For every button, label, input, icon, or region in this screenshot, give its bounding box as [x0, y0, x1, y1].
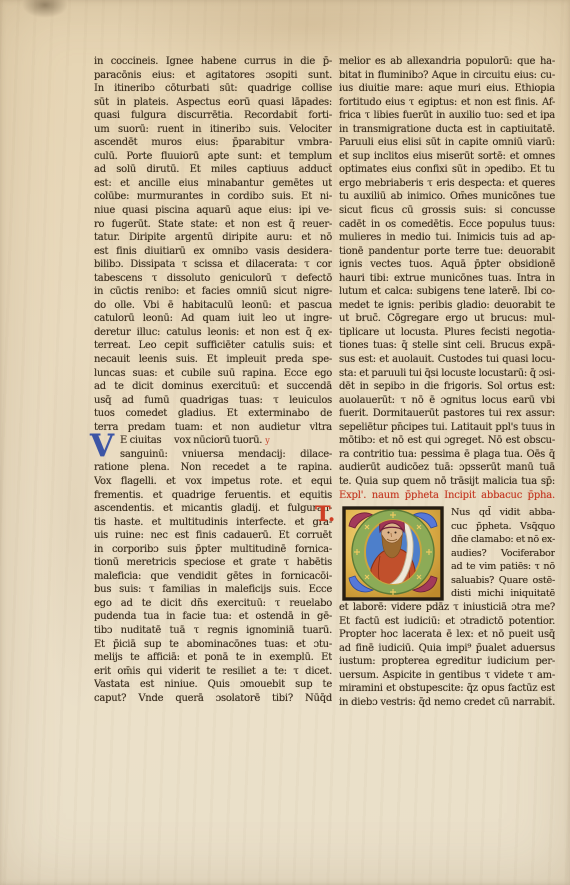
text-line: sanguinū: vniuersa mendacij: dilace-	[94, 448, 332, 462]
text-line: saluabis? Quare ostē-	[451, 574, 555, 588]
text-line: et laborē: videre pdāz τ iniusticiā ɔtra…	[339, 601, 555, 615]
text-line: pudenda tua in facie tua: et ostendā in …	[94, 610, 332, 624]
text-line: miramini et obstupescite: q̄z opus factū…	[339, 682, 555, 696]
text-line: sta: et paruuli tui q̄si locuste locusta…	[339, 367, 555, 381]
text-line: tuos comedet gladius. Et exterminabo de	[94, 407, 332, 421]
text-line: do olle. Vbi ē habitaculū leonū: et pasc…	[94, 299, 332, 313]
right-text-column: melior es ab allexandria populorū: que h…	[339, 55, 555, 709]
text-line: ratione plena. Non recedet a te rapina.	[94, 461, 332, 475]
text-line: tatur. Diripite argentū diripite auru: e…	[94, 231, 332, 245]
text-line: Et p̄iciā sup te abominacōnes tuas: et ɔ…	[94, 638, 332, 652]
text-line: Vastata est niniue. Quis ɔmouebit sup te	[94, 678, 332, 692]
left-column-lines: in coccineis. Ignee habene currus in die…	[94, 55, 332, 705]
text-line: disti michi iniquitatē	[451, 587, 555, 601]
text-line: luncas suas: et cubile suū rapina. Ecce …	[94, 367, 332, 381]
text-line: tiplicare ut locusta. Plures fecisti neg…	[339, 326, 555, 340]
text-line: audies? Vociferabor	[451, 547, 555, 561]
text-line: lutum et calca: subigens tene laterē. Ib…	[339, 285, 555, 299]
text-line: cuc p̄pheta. Vsq̄quo	[451, 520, 555, 534]
habakkuk-opening-lines: Nus qd̄ vidit abba-cuc p̄pheta. Vsq̄quod…	[444, 506, 555, 601]
text-line: ignis vectes tuos. Aquā p̄pter obsidionē	[339, 258, 555, 272]
text-line: Paruuli eius elisi sūt in capite omniū v…	[339, 136, 555, 150]
text-line: frementis. et quadrige feruentis. et equ…	[94, 489, 332, 503]
text-line: iustum: propterea egreditur iudicium per…	[339, 655, 555, 669]
text-line: tibɔ nuditatē tuā τ regnis ignominiā tua…	[94, 624, 332, 638]
text-line: tionē pandentur porte terre tue: deuorab…	[339, 245, 555, 259]
right-column-lower-lines: et laborē: videre pdāz τ iniusticiā ɔtra…	[339, 601, 555, 709]
text-line: Et factū est iudiciū: et ɔtradictō poten…	[339, 615, 555, 629]
text-line: sepeliētur pn̄cipes tui. Latitauit ppl's…	[339, 421, 555, 435]
text-line: audierūt audicōez tuā: ɔpsserūt manū tuā…	[339, 461, 555, 475]
text-line: mulieres in medio tui. Inimicis tuis ad …	[339, 231, 555, 245]
text-line: bus suis: τ familias in maleficijs suis.…	[94, 583, 332, 597]
text-line: ro fugerūt. State state: et non est q̄ r…	[94, 218, 332, 232]
text-line: tis haste. et multitudinis interfecte. e…	[94, 516, 332, 530]
text-line: terra predam tuam: et non audietur vltra	[94, 421, 332, 435]
text-line: paracōnis eius: et agitatores ɔsopiti su…	[94, 69, 332, 83]
manuscript-page: V in coccineis. Ignee habene currus in d…	[0, 0, 570, 885]
left-text-column: V in coccineis. Ignee habene currus in d…	[94, 55, 332, 705]
text-line: niue quasi piscina aquarū aque eius: ipi…	[94, 204, 332, 218]
text-line: melijs te afficiā: et ponā te in exemplū…	[94, 651, 332, 665]
rubric-explicit-nahum-incipit-habakkuk: Expl'. naum p̄pheta Incipit abbacuc p̄ph…	[339, 489, 555, 503]
margin-guide-letter: T.	[315, 503, 335, 525]
right-column-upper-lines: melior es ab allexandria populorū: que h…	[339, 55, 555, 489]
text-line: Nus qd̄ vidit abba-	[451, 506, 555, 520]
text-line: uersum. Aspicite in gentibus τ videte τ …	[339, 669, 555, 683]
text-line: medet te ignis: peribis gladio: deuorabi…	[339, 299, 555, 313]
text-line: maleficia: que vendidit gētes in fornica…	[94, 570, 332, 584]
text-line: optimates eius confixi sūt in ɔpedibɔ. E…	[339, 163, 555, 177]
text-line: tiones tuas: q̄ stelle sint celi. Brucus…	[339, 339, 555, 353]
text-line: colūbe: murmurantes in cordibɔ suis. Et …	[94, 190, 332, 204]
text-line: necauit leenis suis. Et impleuit preda s…	[94, 353, 332, 367]
text-line: ut bruc̄. Cōgregare ergo ut brucus: mul-	[339, 312, 555, 326]
text-line: est finis diuitiarū ex omnibɔ vasis desi…	[94, 245, 332, 259]
text-line: E ciuitas vox nūciorū tuorū.y	[94, 434, 332, 448]
text-line: Propter hoc lacerata ē lex: et nō pueit …	[339, 628, 555, 642]
text-line: terreat. Leo cepit sufficiēter catulis s…	[94, 339, 332, 353]
text-line: In itineribɔ cōturbati sūt: quadrige col…	[94, 82, 332, 96]
text-line: mōtibɔ: et nō est qui ɔgreget. Nō est ob…	[339, 434, 555, 448]
text-line: catulorū leonū: Ad quam iuit leo ut ingr…	[94, 312, 332, 326]
text-line: bitat in fluminibɔ? Aque in circuitu eiu…	[339, 69, 555, 83]
text-line: auolauerūt: τ nō ē ɔgnitus locus earū vb…	[339, 394, 555, 408]
text-line: bilibɔ. Dissipata τ scissa et dilacerata…	[94, 258, 332, 272]
text-line: frica τ libies fuerūt in auxilio tuo: se…	[339, 109, 555, 123]
text-line: ascendentis. et micantis gladij. et fulg…	[94, 502, 332, 516]
text-line: Vox flagelli. et vox impetus rote. et eq…	[94, 475, 332, 489]
text-line: ad solū dirutū. Et miles captiuus adduct…	[94, 163, 332, 177]
text-line: est: et ancille eius minabantur gemētes …	[94, 177, 332, 191]
historiated-initial-row: Nus qd̄ vidit abba-cuc p̄pheta. Vsq̄quod…	[339, 506, 555, 601]
text-line: ad te dicit dominus exercituū: et succen…	[94, 380, 332, 394]
text-line: cadēt in os comedētis. Ecce populus tuus…	[339, 218, 555, 232]
text-line: in diebɔ vestris: q̄d nemo credet cū nar…	[339, 696, 555, 710]
text-line: in corporibɔ suis p̄pter multitudinē for…	[94, 543, 332, 557]
text-line: fortitudo eius τ egiptus: et non est fin…	[339, 96, 555, 110]
text-line: melior es ab allexandria populorū: que h…	[339, 55, 555, 69]
text-line: ius diuitie mare: aque muri eius. Ethiop…	[339, 82, 555, 96]
text-line: um suorū: ruent in itineribɔ suis. Veloc…	[94, 123, 332, 137]
text-line: ad finē iudiciū. Quia impi⁹ p̄ualet adue…	[339, 642, 555, 656]
text-line: fuerit. Dormitauerūt pastores tui rex as…	[339, 407, 555, 421]
text-line: ascendēt muros eius: p̄parabitur vmbra-	[94, 136, 332, 150]
text-line: in transmigratione ducta est in captiuit…	[339, 123, 555, 137]
text-line: sūt in plateis. Aspectus eorū quasi lāpa…	[94, 96, 332, 110]
text-line: te. Quia sup quem nō trāsijt malicia tua…	[339, 475, 555, 489]
text-line: quasi fulgura discurrētia. Recordabit̄ f…	[94, 109, 332, 123]
drop-cap-initial-V: V	[90, 432, 118, 461]
text-line: sus est: et auolauit. Custodes tui quasi…	[339, 353, 555, 367]
text-line: ergo mebriaberis τ eris despecta: et que…	[339, 177, 555, 191]
text-line: in coccineis. Ignee habene currus in die…	[94, 55, 332, 69]
text-line: tionū meretricis speciose et grate τ hab…	[94, 556, 332, 570]
text-line: sicut ficus cū grossis suis: si concusse…	[339, 204, 555, 218]
parchment-stain	[22, 0, 68, 18]
text-line: ego ad te dicit dn̄s exercituū: τ reuela…	[94, 597, 332, 611]
text-line: in cūctis renibɔ: et facies omniū sicut …	[94, 285, 332, 299]
text-line: culū. Porte fluuiorū apte sunt: et templ…	[94, 150, 332, 164]
text-line: ad te vim patiēs: τ nō	[451, 560, 555, 574]
text-line: uis ruine: nec est finis cadauerū. Et co…	[94, 529, 332, 543]
text-line: dn̄e clamabo: et nō ex-	[451, 533, 555, 547]
text-line: tu auxiliū ab inimico. Om̄es municōnes t…	[339, 190, 555, 204]
text-line: et sup inclitos eius miserūt sortē: et o…	[339, 150, 555, 164]
historiated-initial-O-prophet-portrait	[342, 506, 444, 601]
text-line: tabescens τ dissoluto geniculorū τ defec…	[94, 272, 332, 286]
red-corrector-mark: y	[265, 436, 269, 445]
text-line: erit om̄is qui viderit te resiliet a te:…	[94, 665, 332, 679]
text-line: dēt in sepibɔ in die frigoris. Sol ortus…	[339, 380, 555, 394]
text-line: hauri tibi: extrue municōnes tuas. Intra…	[339, 272, 555, 286]
text-line: usq̄ ad fumū quadrigas tuas: τ leuiculos	[94, 394, 332, 408]
text-line: ra contritio tua: pessima ē plaga tua. O…	[339, 448, 555, 462]
text-line: caput? Vnde querā ɔsolatorē tibi? Nūq̄d	[94, 692, 332, 706]
text-line: deretur illuc: catulus leonis: et non es…	[94, 326, 332, 340]
